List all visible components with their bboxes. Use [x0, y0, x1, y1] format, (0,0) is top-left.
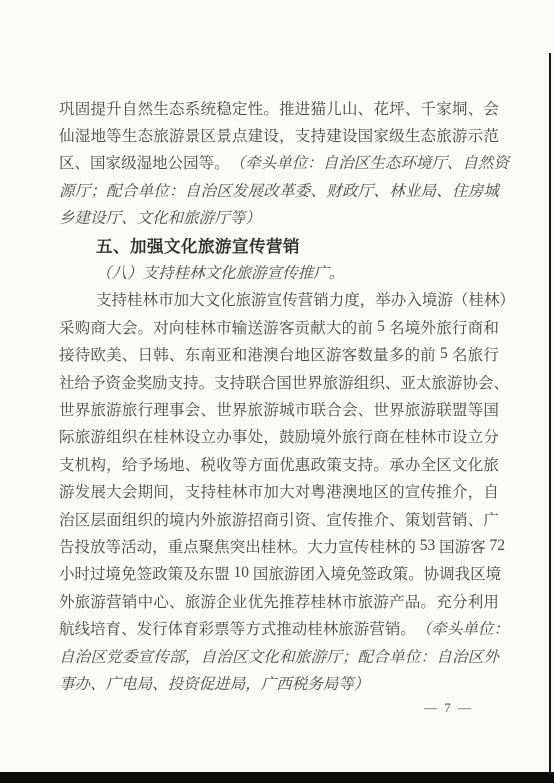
body-line: 航线培育、发行体育彩票等方式推动桂林旅游营销。（牵头单位：	[59, 614, 499, 641]
body-line: 游发展大会期间，支持桂林市加大对粤港澳地区的宣传推介，自	[59, 477, 499, 504]
section-heading: 五、加强文化旅游宣传营销	[59, 231, 499, 258]
body-line: 支持桂林市加大文化旅游宣传营销力度，举办入境游（桂林）	[59, 286, 499, 313]
document-body: 巩固提升自然生态系统稳定性。推进猫儿山、花坪、千家垌、会仙湿地等生态旅游景区景点…	[59, 94, 499, 697]
body-line: 世界旅游旅行理事会、世界旅游城市联合会、世界旅游联盟等国	[59, 395, 499, 422]
body-line: 巩固提升自然生态系统稳定性。推进猫儿山、花坪、千家垌、会	[59, 94, 499, 121]
body-line: 采购商大会。对向桂林市输送游客贡献大的前 5 名境外旅行商和	[59, 313, 499, 340]
page-number: — 7 —	[424, 700, 473, 716]
body-line: 事办、广电局、投资促进局，广西税务局等）	[59, 669, 499, 696]
body-line: 小时过境免签政策及东盟 10 国旅游团入境免签政策。协调我区境	[59, 560, 499, 587]
body-line: 际旅游组织在桂林设立办事处，鼓励境外旅行商在桂林市设立分	[59, 423, 499, 450]
body-line: 支机构，给予场地、税收等方面优惠政策支持。承办全区文化旅	[59, 450, 499, 477]
body-line: 仙湿地等生态旅游景区景点建设，支持建设国家级生态旅游示范	[59, 121, 499, 148]
body-line: 接待欧美、日韩、东南亚和港澳台地区游客数量多的前 5 名旅行	[59, 341, 499, 368]
document-page: 巩固提升自然生态系统稳定性。推进猫儿山、花坪、千家垌、会仙湿地等生态旅游景区景点…	[0, 0, 554, 783]
body-line: 乡建设厅、文化和旅游厅等）	[59, 204, 499, 231]
body-line: 外旅游营销中心、旅游企业优先推荐桂林市旅游产品。充分利用	[59, 587, 499, 614]
body-line: 自治区党委宣传部，自治区文化和旅游厅；配合单位：自治区外	[59, 642, 499, 669]
scan-edge-bottom	[0, 772, 554, 783]
body-line: 社给予资金奖励支持。支持联合国世界旅游组织、亚太旅游协会、	[59, 368, 499, 395]
body-line: 源厅；配合单位：自治区发展改革委、财政厅、林业局、住房城	[59, 176, 499, 203]
body-line: 告投放等活动，重点聚焦突出桂林。大力宣传桂林的 53 国游客 72	[59, 532, 499, 559]
scan-edge-right	[549, 53, 551, 783]
body-line: 区、国家级湿地公园等。（牵头单位：自治区生态环境厅、自然资	[59, 149, 499, 176]
subsection-heading: （八）支持桂林文化旅游宣传推广。	[59, 258, 499, 285]
body-line: 治区层面组织的境内外旅游招商引资、宣传推介、策划营销、广	[59, 505, 499, 532]
